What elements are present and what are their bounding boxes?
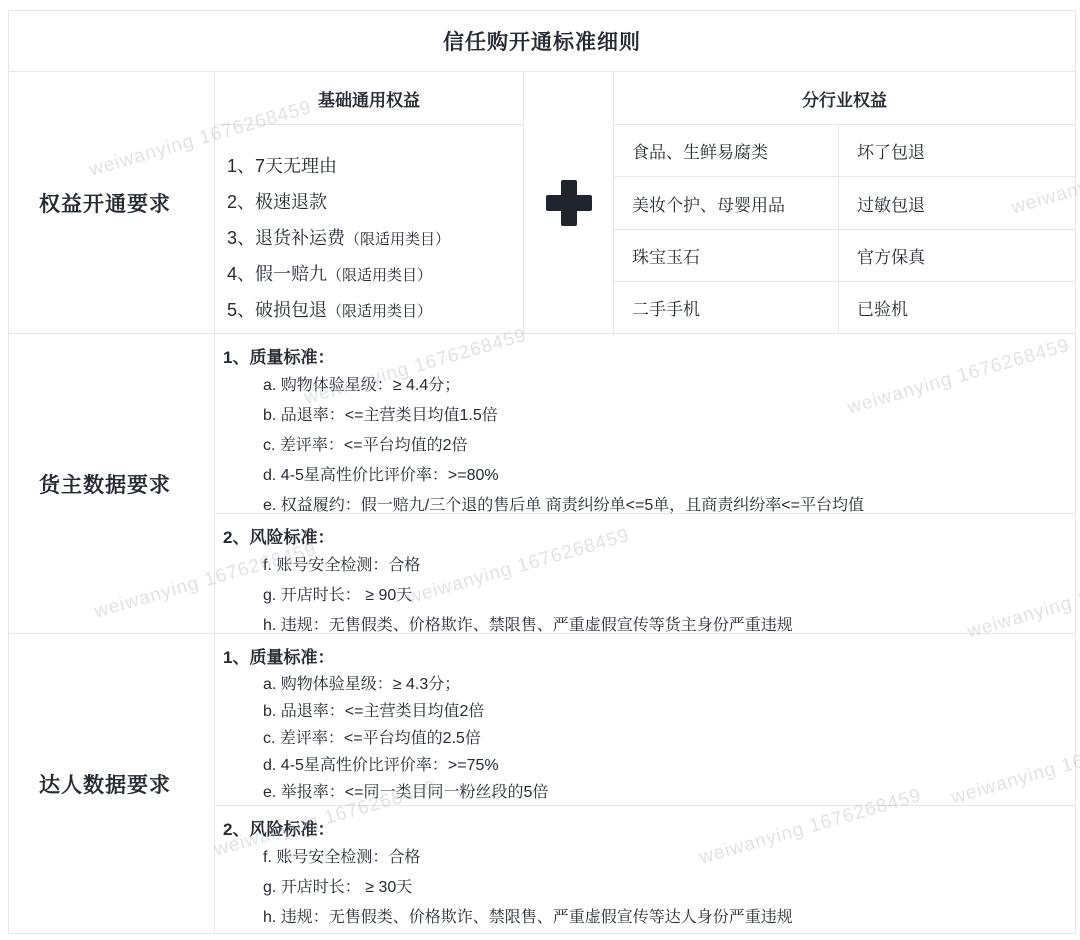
industry-benefits-header: 分行业权益	[614, 72, 1075, 125]
criteria-item: h. 违规：无售假类、价格欺诈、禁限售、严重虚假宣传等达人身份严重违规	[223, 903, 1063, 933]
section-header: 2、风险标准：	[223, 525, 1063, 551]
plus-icon	[546, 180, 592, 226]
criteria-item: e. 举报率：<=同一类目同一粉丝段的5倍	[223, 779, 1063, 806]
industry-benefits-column: 分行业权益 食品、生鲜易腐类 坏了包退 美妆个护、母婴用品 过敏包退 珠宝玉石 …	[614, 72, 1075, 333]
criteria-item: g. 开店时长： ≥ 30天	[223, 873, 1063, 903]
base-benefits-header: 基础通用权益	[215, 72, 523, 125]
section-header: 2、风险标准：	[223, 817, 1063, 843]
industry-benefit: 过敏包退	[839, 177, 1075, 228]
industry-row: 食品、生鲜易腐类 坏了包退	[614, 125, 1075, 177]
criteria-item: b. 品退率：<=主营类目均值1.5倍	[223, 401, 1063, 431]
criteria-item: b. 品退率：<=主营类目均值2倍	[223, 698, 1063, 725]
criteria-item: c. 差评率：<=平台均值的2.5倍	[223, 725, 1063, 752]
creator-quality-section: 1、质量标准： a. 购物体验星级：≥ 4.3分； b. 品退率：<=主营类目均…	[215, 634, 1075, 806]
base-benefits-list: 1、7天无理由 2、极速退款 3、退货补运费（限适用类目） 4、假一赔九（限适用…	[215, 125, 523, 333]
row-benefit-activation: 权益开通要求 基础通用权益 1、7天无理由 2、极速退款 3、退货补运费（限适用…	[9, 72, 1075, 334]
row-label-text: 货主数据要求	[39, 469, 171, 499]
page-title: 信任购开通标准细则	[443, 26, 641, 56]
industry-benefit: 官方保真	[839, 230, 1075, 281]
industry-category: 食品、生鲜易腐类	[614, 125, 839, 176]
creator-data-content: 1、质量标准： a. 购物体验星级：≥ 4.3分； b. 品退率：<=主营类目均…	[215, 634, 1075, 933]
row-label-creator-data: 达人数据要求	[9, 634, 215, 933]
supplier-risk-section: 2、风险标准： f. 账号安全检测：合格 g. 开店时长： ≥ 90天 h. 违…	[215, 514, 1075, 641]
section-header: 1、质量标准：	[223, 345, 1063, 371]
industry-row: 美妆个护、母婴用品 过敏包退	[614, 177, 1075, 229]
criteria-item: f. 账号安全检测：合格	[223, 843, 1063, 873]
title-row: 信任购开通标准细则	[9, 11, 1075, 72]
creator-risk-section: 2、风险标准： f. 账号安全检测：合格 g. 开店时长： ≥ 30天 h. 违…	[215, 806, 1075, 933]
section-header: 1、质量标准：	[223, 645, 1063, 671]
base-benefits-column: 基础通用权益 1、7天无理由 2、极速退款 3、退货补运费（限适用类目） 4、假…	[215, 72, 524, 333]
industry-row: 珠宝玉石 官方保真	[614, 230, 1075, 282]
industry-category: 美妆个护、母婴用品	[614, 177, 839, 228]
criteria-item: d. 4-5星高性价比评价率：>=75%	[223, 752, 1063, 779]
criteria-item: f. 账号安全检测：合格	[223, 551, 1063, 581]
row-creator-data: 达人数据要求 1、质量标准： a. 购物体验星级：≥ 4.3分； b. 品退率：…	[9, 634, 1075, 933]
industry-category: 二手手机	[614, 282, 839, 333]
row-supplier-data: 货主数据要求 1、质量标准： a. 购物体验星级：≥ 4.4分； b. 品退率：…	[9, 334, 1075, 634]
list-item: 3、退货补运费（限适用类目）	[227, 221, 517, 257]
supplier-quality-section: 1、质量标准： a. 购物体验星级：≥ 4.4分； b. 品退率：<=主营类目均…	[215, 334, 1075, 514]
list-item: 4、假一赔九（限适用类目）	[227, 257, 517, 293]
criteria-item: d. 4-5星高性价比评价率：>=80%	[223, 461, 1063, 491]
supplier-data-content: 1、质量标准： a. 购物体验星级：≥ 4.4分； b. 品退率：<=主营类目均…	[215, 334, 1075, 633]
criteria-item: g. 开店时长： ≥ 90天	[223, 581, 1063, 611]
criteria-item: c. 差评率：<=平台均值的2倍	[223, 431, 1063, 461]
row-label-text: 权益开通要求	[39, 188, 171, 218]
standards-table: 信任购开通标准细则 权益开通要求 基础通用权益 1、7天无理由 2、极速退款 3…	[8, 10, 1076, 934]
row-label-text: 达人数据要求	[39, 769, 171, 799]
criteria-item: a. 购物体验星级：≥ 4.4分；	[223, 371, 1063, 401]
industry-benefit: 已验机	[839, 282, 1075, 333]
row-label-supplier-data: 货主数据要求	[9, 334, 215, 633]
plus-cell	[524, 72, 614, 333]
list-item: 5、破损包退（限适用类目）	[227, 293, 517, 329]
list-item: 2、极速退款	[227, 185, 517, 221]
list-item: 1、7天无理由	[227, 149, 517, 185]
industry-row: 二手手机 已验机	[614, 282, 1075, 333]
trust-purchase-standards-sheet: 信任购开通标准细则 权益开通要求 基础通用权益 1、7天无理由 2、极速退款 3…	[0, 0, 1080, 940]
industry-benefit: 坏了包退	[839, 125, 1075, 176]
row-label-benefit-activation: 权益开通要求	[9, 72, 215, 333]
criteria-item: a. 购物体验星级：≥ 4.3分；	[223, 671, 1063, 698]
industry-category: 珠宝玉石	[614, 230, 839, 281]
